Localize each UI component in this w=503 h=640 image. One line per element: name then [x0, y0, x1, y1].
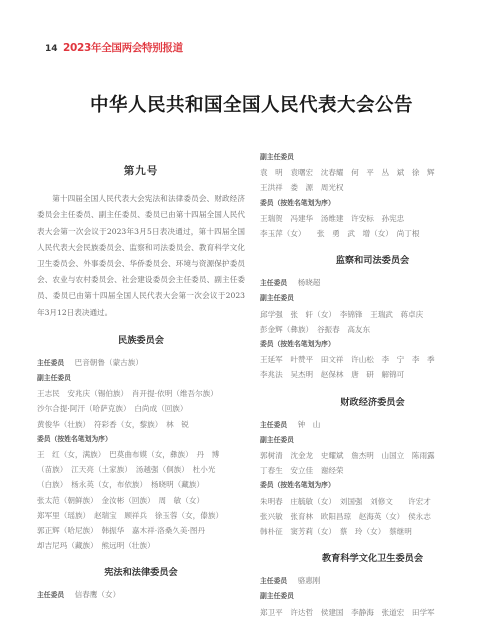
name-line: 王 红（女，满族） 巴莫曲布嫫（女，彝族） 丹 博	[37, 447, 245, 462]
name-line: 邱学强 张 轩（女） 李锦锋 王瑞武 蒋卓庆	[260, 307, 485, 322]
left-column: 第九号 第十四届全国人民代表大会宪法和法律委员会、财政经济委员会主任委员、副主任…	[37, 150, 245, 604]
chair-name: 杨晓超	[298, 278, 321, 287]
members-label: 委员（按姓名笔划为序）	[260, 337, 485, 352]
name-line: 王志民 安兆庆（锡伯族） 肖开提·依明（维吾尔族）	[37, 386, 245, 401]
members-label: 委员（按姓名笔划为序）	[260, 196, 485, 211]
chair-row: 主任委员 杨晓超	[260, 275, 485, 291]
vice-chair-label: 副主任委员	[260, 433, 485, 448]
chair-name: 巴音朝鲁（蒙古族）	[75, 358, 143, 367]
name-line: 王瑞贺 冯建华 汤维建 许安标 孙宪忠	[260, 211, 485, 226]
name-line: 郑军里（瑶族） 赵瑞宝 顾祥兵 徐玉蓉（女，傣族）	[37, 508, 245, 523]
page-title: 中华人民共和国全国人民代表大会公告	[0, 91, 503, 117]
chair-label: 主任委员	[260, 279, 287, 287]
chair-name: 信春鹰（女）	[75, 590, 121, 599]
chair-label: 主任委员	[37, 359, 64, 367]
chair-label: 主任委员	[260, 577, 287, 585]
issue-number: 第九号	[37, 164, 245, 179]
announcement-text: 第十四届全国人民代表大会宪法和法律委员会、财政经济委员会主任委员、副主任委员、委…	[37, 191, 245, 321]
name-line: 张兴敏 张育林 欧阳昌琼 赵海英（女） 侯永志	[260, 509, 485, 524]
chair-row: 主任委员 巴音朝鲁（蒙古族）	[37, 355, 245, 371]
committee-title-finance: 财政经济委员会	[260, 395, 485, 411]
committee-title-ethnic: 民族委员会	[37, 333, 245, 349]
vice-chair-label: 副主任委员	[37, 371, 245, 386]
name-line: 朱明春 庄毓敏（女） 刘国强 刘修文 许宏才	[260, 494, 485, 509]
committee-title-education: 教育科学文化卫生委员会	[260, 551, 485, 567]
name-line: 李兆法 吴杰明 赵保林 唐 研 解锦可	[260, 367, 485, 382]
name-line: 张太范（朝鲜族） 金汝彬（回族） 周 敏（女）	[37, 493, 245, 508]
chair-name: 骆惠刚	[298, 576, 321, 585]
name-line: 丁春生 安立佳 谢经荣	[260, 463, 485, 478]
chair-row: 主任委员 钟 山	[260, 417, 485, 433]
name-line: （苗族） 江天亮（土家族） 汤越强（侗族） 杜小光	[37, 462, 245, 477]
chair-row: 主任委员 骆惠刚	[260, 573, 485, 589]
right-column: 副主任委员 袁 明 袁曙宏 沈春耀 何 平 丛 斌 徐 辉 王洪祥 娄 源 周光…	[260, 150, 485, 620]
page-number: 14	[45, 44, 63, 54]
name-line: 王延军 叶赞平 田文祥 许山松 李 宁 李 季	[260, 352, 485, 367]
name-line: 郭树清 沈金龙 史耀斌 詹杰明 山国立 陈雨露	[260, 448, 485, 463]
name-line: 却吉尼玛（藏族） 熊远明（壮族）	[37, 538, 245, 553]
name-line: 沙尔合提·阿汗（哈萨克族） 白尚成（回族）	[37, 401, 245, 416]
name-line: （白族） 杨永英（女，布依族） 杨晓明（藏族）	[37, 477, 245, 492]
name-line: 郑卫平 许达哲 侯建国 李静海 张道宏 田学军	[260, 605, 485, 620]
vice-chair-label: 副主任委员	[260, 150, 485, 165]
chair-label: 主任委员	[260, 421, 287, 429]
chair-name: 钟 山	[298, 420, 321, 429]
name-line: 袁 明 袁曙宏 沈春耀 何 平 丛 斌 徐 辉	[260, 165, 485, 180]
vice-chair-label: 副主任委员	[260, 291, 485, 306]
name-line: 彭金辉（彝族） 谷振春 高友东	[260, 322, 485, 337]
members-label: 委员（按姓名笔划为序）	[37, 432, 245, 447]
name-line: 郭正辉（哈尼族） 韩振华 嘉木祥·洛桑久美·图丹	[37, 523, 245, 538]
running-title: 2023年全国两会特别报道	[63, 40, 183, 55]
members-label: 委员（按姓名笔划为序）	[260, 478, 485, 493]
name-line: 韩朴征 窦芳莉（女） 蔡 玲（女） 蔡继明	[260, 524, 485, 539]
chair-label: 主任委员	[37, 591, 64, 599]
chair-row: 主任委员 信春鹰（女）	[37, 587, 245, 603]
name-line: 黄俊华（壮族） 符彩香（女，黎族） 林 锐	[37, 417, 245, 432]
page-header: 14 2023年全国两会特别报道	[45, 40, 183, 55]
committee-title-constitution: 宪法和法律委员会	[37, 565, 245, 581]
committee-title-supervision: 监察和司法委员会	[260, 253, 485, 269]
vice-chair-label: 副主任委员	[260, 589, 485, 604]
name-line: 李玉萍（女） 张 勇 武 增（女） 尚丁根	[260, 226, 485, 241]
name-line: 王洪祥 娄 源 周光权	[260, 180, 485, 195]
